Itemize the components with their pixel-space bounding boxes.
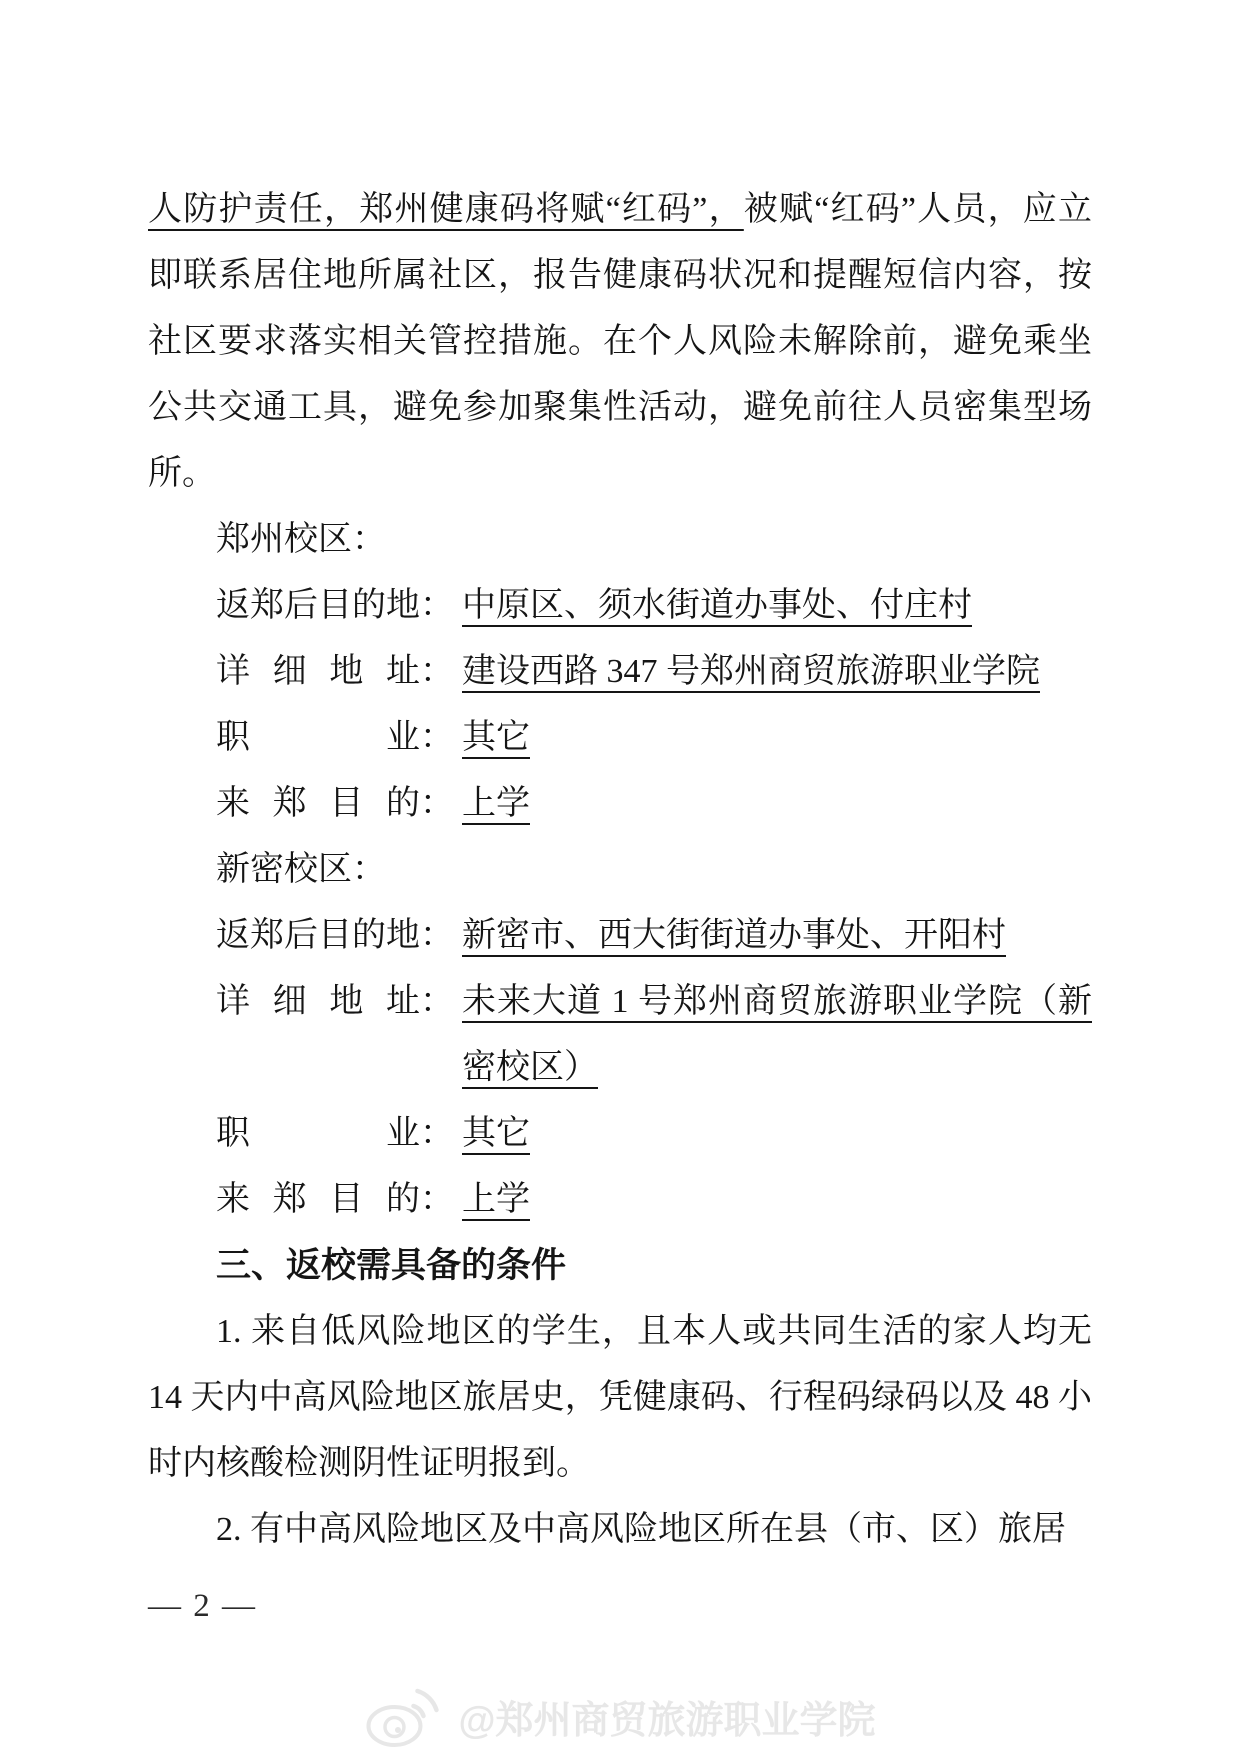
section-heading: 三、返校需具备的条件 xyxy=(148,1233,1092,1299)
numbered-paragraph-2: 2. 有中高风险地区及中高风险地区所在县（市、区）旅居 xyxy=(148,1497,1092,1563)
detail-row-address: 详细地址：未来大道 1 号郑州商贸旅游职业学院（新密校区） xyxy=(148,969,1092,1101)
weibo-icon xyxy=(364,1684,444,1748)
detail-colon: ： xyxy=(420,1167,462,1233)
detail-row-purpose: 来郑目的：上学 xyxy=(148,1167,1092,1233)
detail-colon: ： xyxy=(420,969,462,1035)
detail-label: 详细地址 xyxy=(216,639,420,705)
detail-row-occupation: 职业：其它 xyxy=(148,705,1092,771)
detail-label: 职业 xyxy=(216,1101,420,1167)
detail-value: 其它 xyxy=(462,1101,1092,1167)
intro-rest-segment: 被赋“红码”人员，应立即联系居住地所属社区，报告健康码状况和提醒短信内容，按社区… xyxy=(148,191,1092,492)
detail-value: 未来大道 1 号郑州商贸旅游职业学院（新密校区） xyxy=(462,969,1092,1101)
detail-colon: ： xyxy=(420,573,462,639)
detail-label: 详细地址 xyxy=(216,969,420,1035)
numbered-paragraph-1: 1. 来自低风险地区的学生，且本人或共同生活的家人均无 14 天内中高风险地区旅… xyxy=(148,1299,1092,1497)
campus-zhengzhou-title: 郑州校区： xyxy=(148,507,1092,573)
detail-row-destination: 返郑后目的地：中原区、须水街道办事处、付庄村 xyxy=(148,573,1092,639)
detail-label: 返郑后目的地 xyxy=(216,903,420,969)
document-body: 人防护责任，郑州健康码将赋“红码”，被赋“红码”人员，应立即联系居住地所属社区，… xyxy=(148,177,1092,1563)
detail-colon: ： xyxy=(420,1101,462,1167)
intro-underlined-segment: 人防护责任，郑州健康码将赋“红码”， xyxy=(148,191,744,228)
detail-value: 建设西路 347 号郑州商贸旅游职业学院 xyxy=(462,639,1092,705)
detail-row-purpose: 来郑目的：上学 xyxy=(148,771,1092,837)
campus-xinmi-title: 新密校区： xyxy=(148,837,1092,903)
detail-value: 上学 xyxy=(462,1167,1092,1233)
document-page: 人防护责任，郑州健康码将赋“红码”，被赋“红码”人员，应立即联系居住地所属社区，… xyxy=(0,0,1240,1754)
detail-label: 职业 xyxy=(216,705,420,771)
detail-value: 中原区、须水街道办事处、付庄村 xyxy=(462,573,1092,639)
detail-value: 其它 xyxy=(462,705,1092,771)
detail-row-occupation: 职业：其它 xyxy=(148,1101,1092,1167)
intro-paragraph: 人防护责任，郑州健康码将赋“红码”，被赋“红码”人员，应立即联系居住地所属社区，… xyxy=(148,177,1092,507)
detail-value: 新密市、西大街街道办事处、开阳村 xyxy=(462,903,1092,969)
detail-value: 上学 xyxy=(462,771,1092,837)
detail-row-address: 详细地址：建设西路 347 号郑州商贸旅游职业学院 xyxy=(148,639,1092,705)
detail-row-destination: 返郑后目的地：新密市、西大街街道办事处、开阳村 xyxy=(148,903,1092,969)
detail-colon: ： xyxy=(420,771,462,837)
page-number: — 2 — xyxy=(148,1586,257,1626)
detail-colon: ： xyxy=(420,903,462,969)
detail-label: 来郑目的 xyxy=(216,771,420,837)
detail-colon: ： xyxy=(420,705,462,771)
watermark: @郑州商贸旅游职业学院 xyxy=(364,1684,875,1748)
detail-colon: ： xyxy=(420,639,462,705)
detail-label: 来郑目的 xyxy=(216,1167,420,1233)
detail-label: 返郑后目的地 xyxy=(216,573,420,639)
watermark-text: @郑州商贸旅游职业学院 xyxy=(458,1689,875,1744)
